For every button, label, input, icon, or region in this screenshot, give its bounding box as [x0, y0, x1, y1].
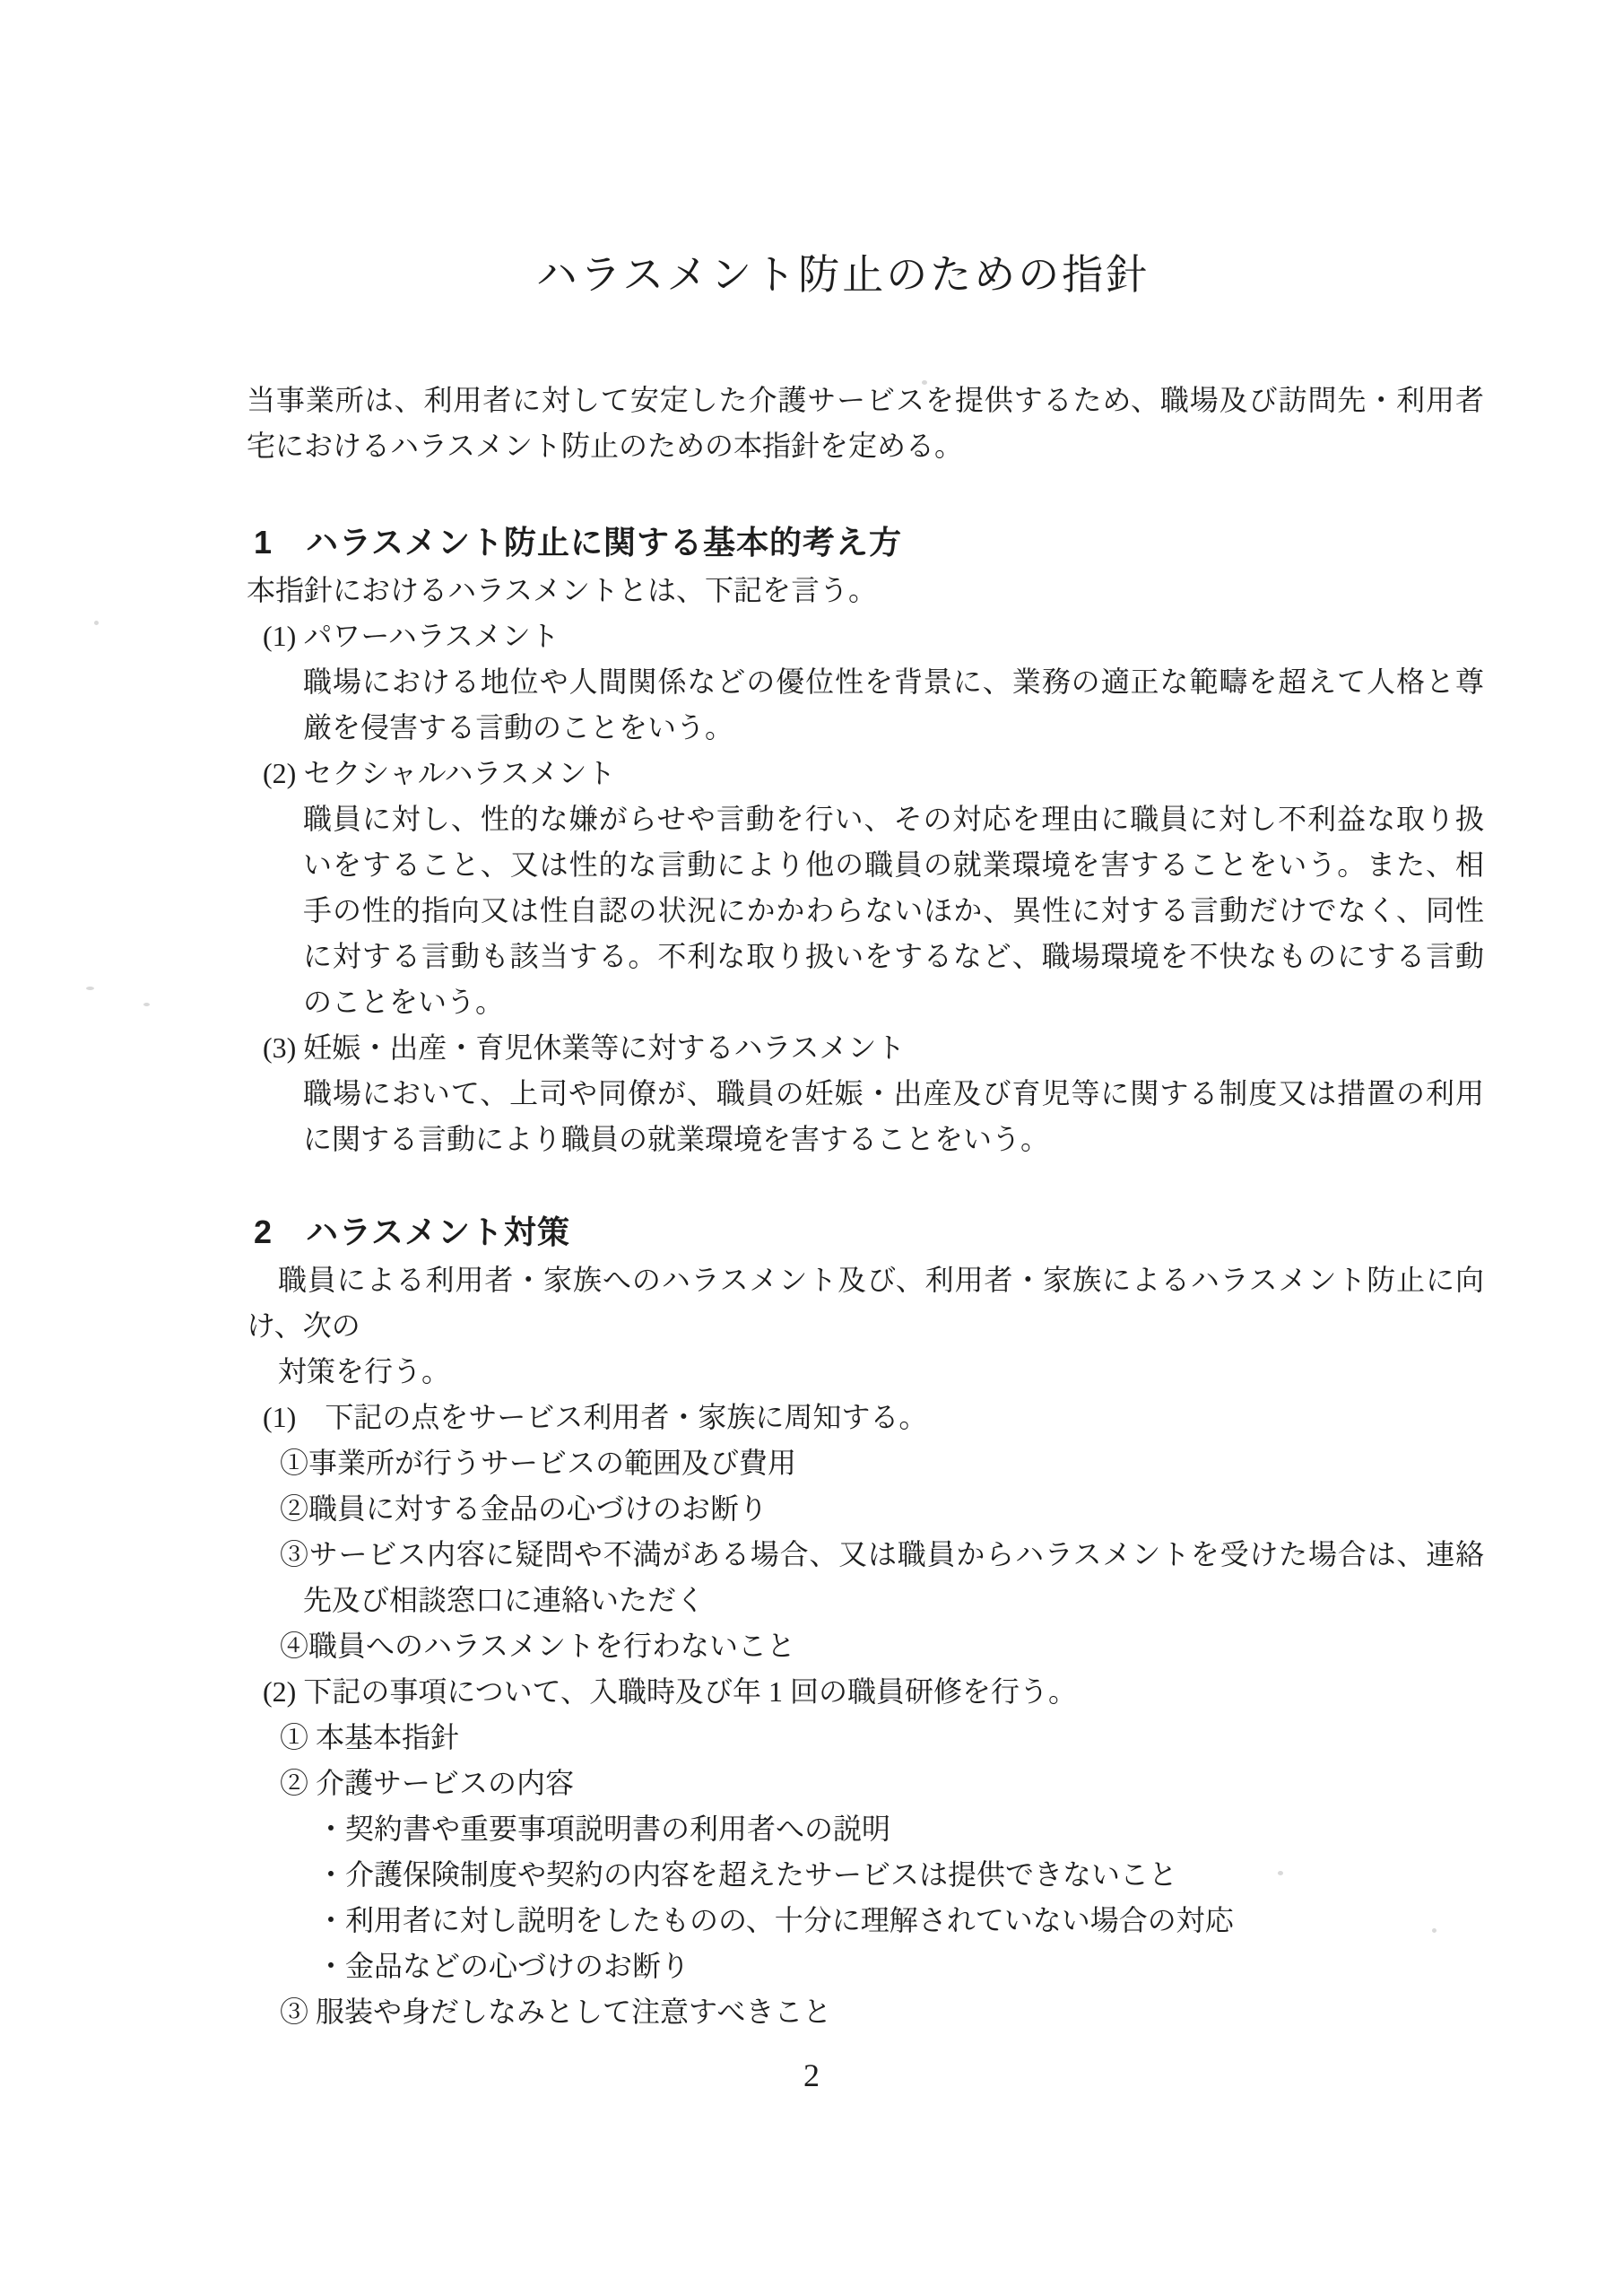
bullet-item: ・介護保険制度や契約の内容を超えたサービスは提供できないこと [317, 1852, 1484, 1898]
list-item-body-line: に対する言動も該当する。不利な取り扱いをするなど、職場環境を不快なものにする言動 [303, 934, 1484, 979]
scan-speck [86, 987, 94, 990]
scan-speck [1432, 1928, 1436, 1933]
section-1-heading: 1 ハラスメント防止に関する基本的考え方 [254, 517, 1484, 568]
list-item-label: (1) 下記の点をサービス利用者・家族に周知する。 [263, 1395, 1484, 1440]
list-item-body-line: のことをいう。 [303, 979, 1484, 1025]
numbered-subitem: ① 本基本指針 [280, 1715, 1484, 1761]
bullet-item: ・利用者に対し説明をしたものの、十分に理解されていない場合の対応 [317, 1898, 1484, 1944]
section-2-paragraph-line: 対策を行う。 [278, 1349, 1484, 1395]
numbered-subitem: ② 介護サービスの内容 [280, 1761, 1484, 1806]
section-2-paragraph-line: け、次の [247, 1303, 1484, 1349]
bullet-item: ・金品などの心づけのお断り [317, 1944, 1484, 1989]
numbered-subitem: ④職員へのハラスメントを行わないこと [280, 1623, 1484, 1669]
list-item-body-line: 職場において、上司や同僚が、職員の妊娠・出産及び育児等に関する制度又は措置の利用 [303, 1071, 1484, 1117]
list-item-label: (2) セクシャルハラスメント [263, 751, 1484, 796]
list-item-body-line: に関する言動により職員の就業環境を害することをいう。 [303, 1117, 1484, 1162]
list-item-body-line: 職員に対し、性的な嫌がらせや言動を行い、その対応を理由に職員に対し不利益な取り扱 [303, 796, 1484, 842]
document-title: ハラスメント防止のための指針 [247, 247, 1484, 304]
numbered-subitem-continuation: 先及び相談窓口に連絡いただく [303, 1578, 1484, 1623]
list-item-label: (2) 下記の事項について、入職時及び年 1 回の職員研修を行う。 [263, 1669, 1484, 1715]
section-1-lead: 本指針におけるハラスメントとは、下記を言う。 [247, 568, 1484, 613]
list-item-body-line: いをすること、又は性的な言動により他の職員の就業環境を害することをいう。また、相 [303, 842, 1484, 888]
section-2-paragraph-line: 職員による利用者・家族へのハラスメント及び、利用者・家族によるハラスメント防止に… [278, 1257, 1484, 1303]
scan-speck [94, 621, 99, 625]
scan-speck [1278, 1871, 1283, 1875]
page-number: 2 [0, 2055, 1623, 2096]
numbered-subitem: ③ 服装や身だしなみとして注意すべきこと [280, 1989, 1484, 2035]
intro-line: 宅におけるハラスメント防止のための本指針を定める。 [247, 423, 1484, 469]
list-item-body-line: 厳を侵害する言動のことをいう。 [303, 705, 1484, 751]
section-2-heading: 2 ハラスメント対策 [254, 1207, 1484, 1257]
numbered-subitem: ①事業所が行うサービスの範囲及び費用 [280, 1440, 1484, 1486]
bullet-item: ・契約書や重要事項説明書の利用者への説明 [317, 1806, 1484, 1852]
document-page: ハラスメント防止のための指針 当事業所は、利用者に対して安定した介護サービスを提… [0, 0, 1623, 2296]
scan-speck [922, 380, 927, 385]
intro-line: 当事業所は、利用者に対して安定した介護サービスを提供するため、職場及び訪問先・利… [247, 378, 1484, 423]
section-2: 2 ハラスメント対策 職員による利用者・家族へのハラスメント及び、利用者・家族に… [247, 1207, 1484, 2035]
list-item-body-line: 手の性的指向又は性自認の状況にかかわらないほか、異性に対する言動だけでなく、同性 [303, 888, 1484, 934]
document-content: ハラスメント防止のための指針 当事業所は、利用者に対して安定した介護サービスを提… [0, 0, 1484, 2096]
list-item-body-line: 職場における地位や人間関係などの優位性を背景に、業務の適正な範疇を超えて人格と尊 [303, 659, 1484, 705]
list-item-label: (3) 妊娠・出産・育児休業等に対するハラスメント [263, 1025, 1484, 1071]
list-item-label: (1) パワーハラスメント [263, 613, 1484, 659]
intro-paragraph: 当事業所は、利用者に対して安定した介護サービスを提供するため、職場及び訪問先・利… [247, 378, 1484, 469]
numbered-subitem: ③サービス内容に疑問や不満がある場合、又は職員からハラスメントを受けた場合は、連… [280, 1532, 1484, 1578]
section-1: 1 ハラスメント防止に関する基本的考え方 本指針におけるハラスメントとは、下記を… [247, 517, 1484, 1162]
numbered-subitem: ②職員に対する金品の心づけのお断り [280, 1486, 1484, 1532]
scan-speck [143, 1003, 150, 1006]
